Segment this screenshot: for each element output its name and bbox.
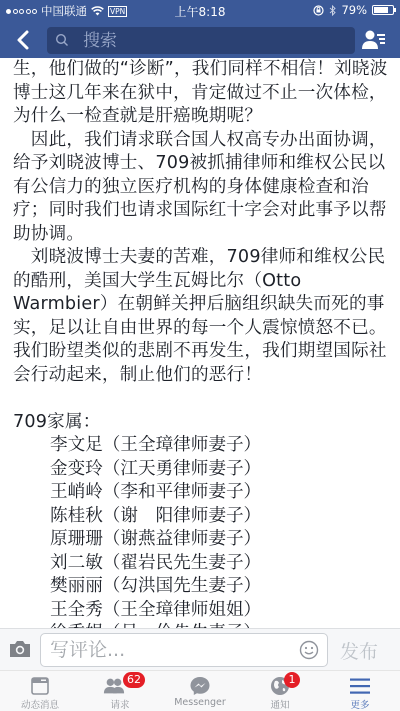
requests-badge: 62 bbox=[123, 672, 145, 688]
bottom-tab-bar: 动态消息 62 请求 Messenger 1 通知 bbox=[0, 670, 400, 711]
tab-label: Messenger bbox=[160, 697, 240, 708]
signatory-item: 刘二敏（翟岩民先生妻子） bbox=[13, 552, 388, 576]
app-header: 中国联通 VPN 上午8:18 79% bbox=[0, 0, 400, 58]
tab-notifications[interactable]: 1 通知 bbox=[240, 671, 320, 711]
signatory-item: 金变玲（江天勇律师妻子） bbox=[13, 458, 388, 482]
camera-icon[interactable] bbox=[9, 640, 31, 658]
tab-label: 请求 bbox=[80, 697, 160, 711]
tab-requests[interactable]: 62 请求 bbox=[80, 671, 160, 711]
tab-label: 更多 bbox=[320, 697, 400, 711]
comment-composer: 发布 bbox=[0, 628, 400, 670]
tab-label: 动态消息 bbox=[0, 697, 80, 711]
friend-requests-icon bbox=[103, 676, 125, 696]
notifications-badge: 1 bbox=[284, 672, 300, 688]
signatory-item: 原珊珊（谢燕益律师妻子） bbox=[13, 528, 388, 552]
article-paragraph: 生，他们做的“诊断”，我们同样不相信！刘晓波博士这几年来在狱中，肯定做过不止一次… bbox=[13, 58, 388, 129]
signatory-list: 李文足（王全璋律师妻子） 金变玲（江天勇律师妻子） 王峭岭（李和平律师妻子） 陈… bbox=[13, 434, 388, 630]
tab-label: 通知 bbox=[240, 697, 320, 711]
back-chevron-icon[interactable] bbox=[14, 28, 34, 52]
post-button[interactable]: 发布 bbox=[340, 637, 378, 664]
search-bar[interactable] bbox=[47, 27, 355, 54]
post-content[interactable]: 生，他们做的“诊断”，我们同样不相信！刘晓波博士这几年来在狱中，肯定做过不止一次… bbox=[0, 58, 400, 630]
article-paragraph: 因此，我们请求联合国人权高专办出面协调，给予刘晓波博士、709被抓捕律师和维权公… bbox=[13, 129, 388, 247]
signature-heading: 709家属： bbox=[13, 411, 388, 435]
tab-more[interactable]: 更多 bbox=[320, 671, 400, 711]
messenger-icon bbox=[189, 676, 211, 696]
article-paragraph: 刘晓波博士夫妻的苦难，709律师和维权公民的酷刑，美国大学生瓦姆比尔（Otto … bbox=[13, 246, 388, 387]
signatory-item: 李文足（王全璋律师妻子） bbox=[13, 434, 388, 458]
news-feed-icon bbox=[29, 676, 51, 696]
battery-percent: 79% bbox=[341, 3, 367, 17]
status-bar: 中国联通 VPN 上午8:18 79% bbox=[0, 0, 400, 20]
battery-icon bbox=[372, 5, 394, 15]
friend-list-icon[interactable] bbox=[362, 29, 386, 51]
tab-messenger[interactable]: Messenger bbox=[160, 671, 240, 711]
emoji-icon[interactable] bbox=[299, 640, 319, 660]
search-input[interactable] bbox=[83, 27, 343, 54]
search-icon bbox=[55, 33, 69, 47]
nav-bar bbox=[0, 24, 400, 56]
signatory-item: 陈桂秋（谢 阳律师妻子） bbox=[13, 505, 388, 529]
orientation-lock-icon bbox=[313, 5, 324, 16]
signatory-item: 王峭岭（李和平律师妻子） bbox=[13, 481, 388, 505]
bluetooth-icon bbox=[329, 5, 336, 16]
comment-input[interactable] bbox=[50, 634, 290, 666]
comment-input-box[interactable] bbox=[40, 633, 328, 667]
signatory-item: 王全秀（王全璋律师姐姐） bbox=[13, 599, 388, 623]
signatory-item: 樊丽丽（勾洪国先生妻子） bbox=[13, 575, 388, 599]
tab-news-feed[interactable]: 动态消息 bbox=[0, 671, 80, 711]
menu-icon bbox=[349, 676, 371, 696]
